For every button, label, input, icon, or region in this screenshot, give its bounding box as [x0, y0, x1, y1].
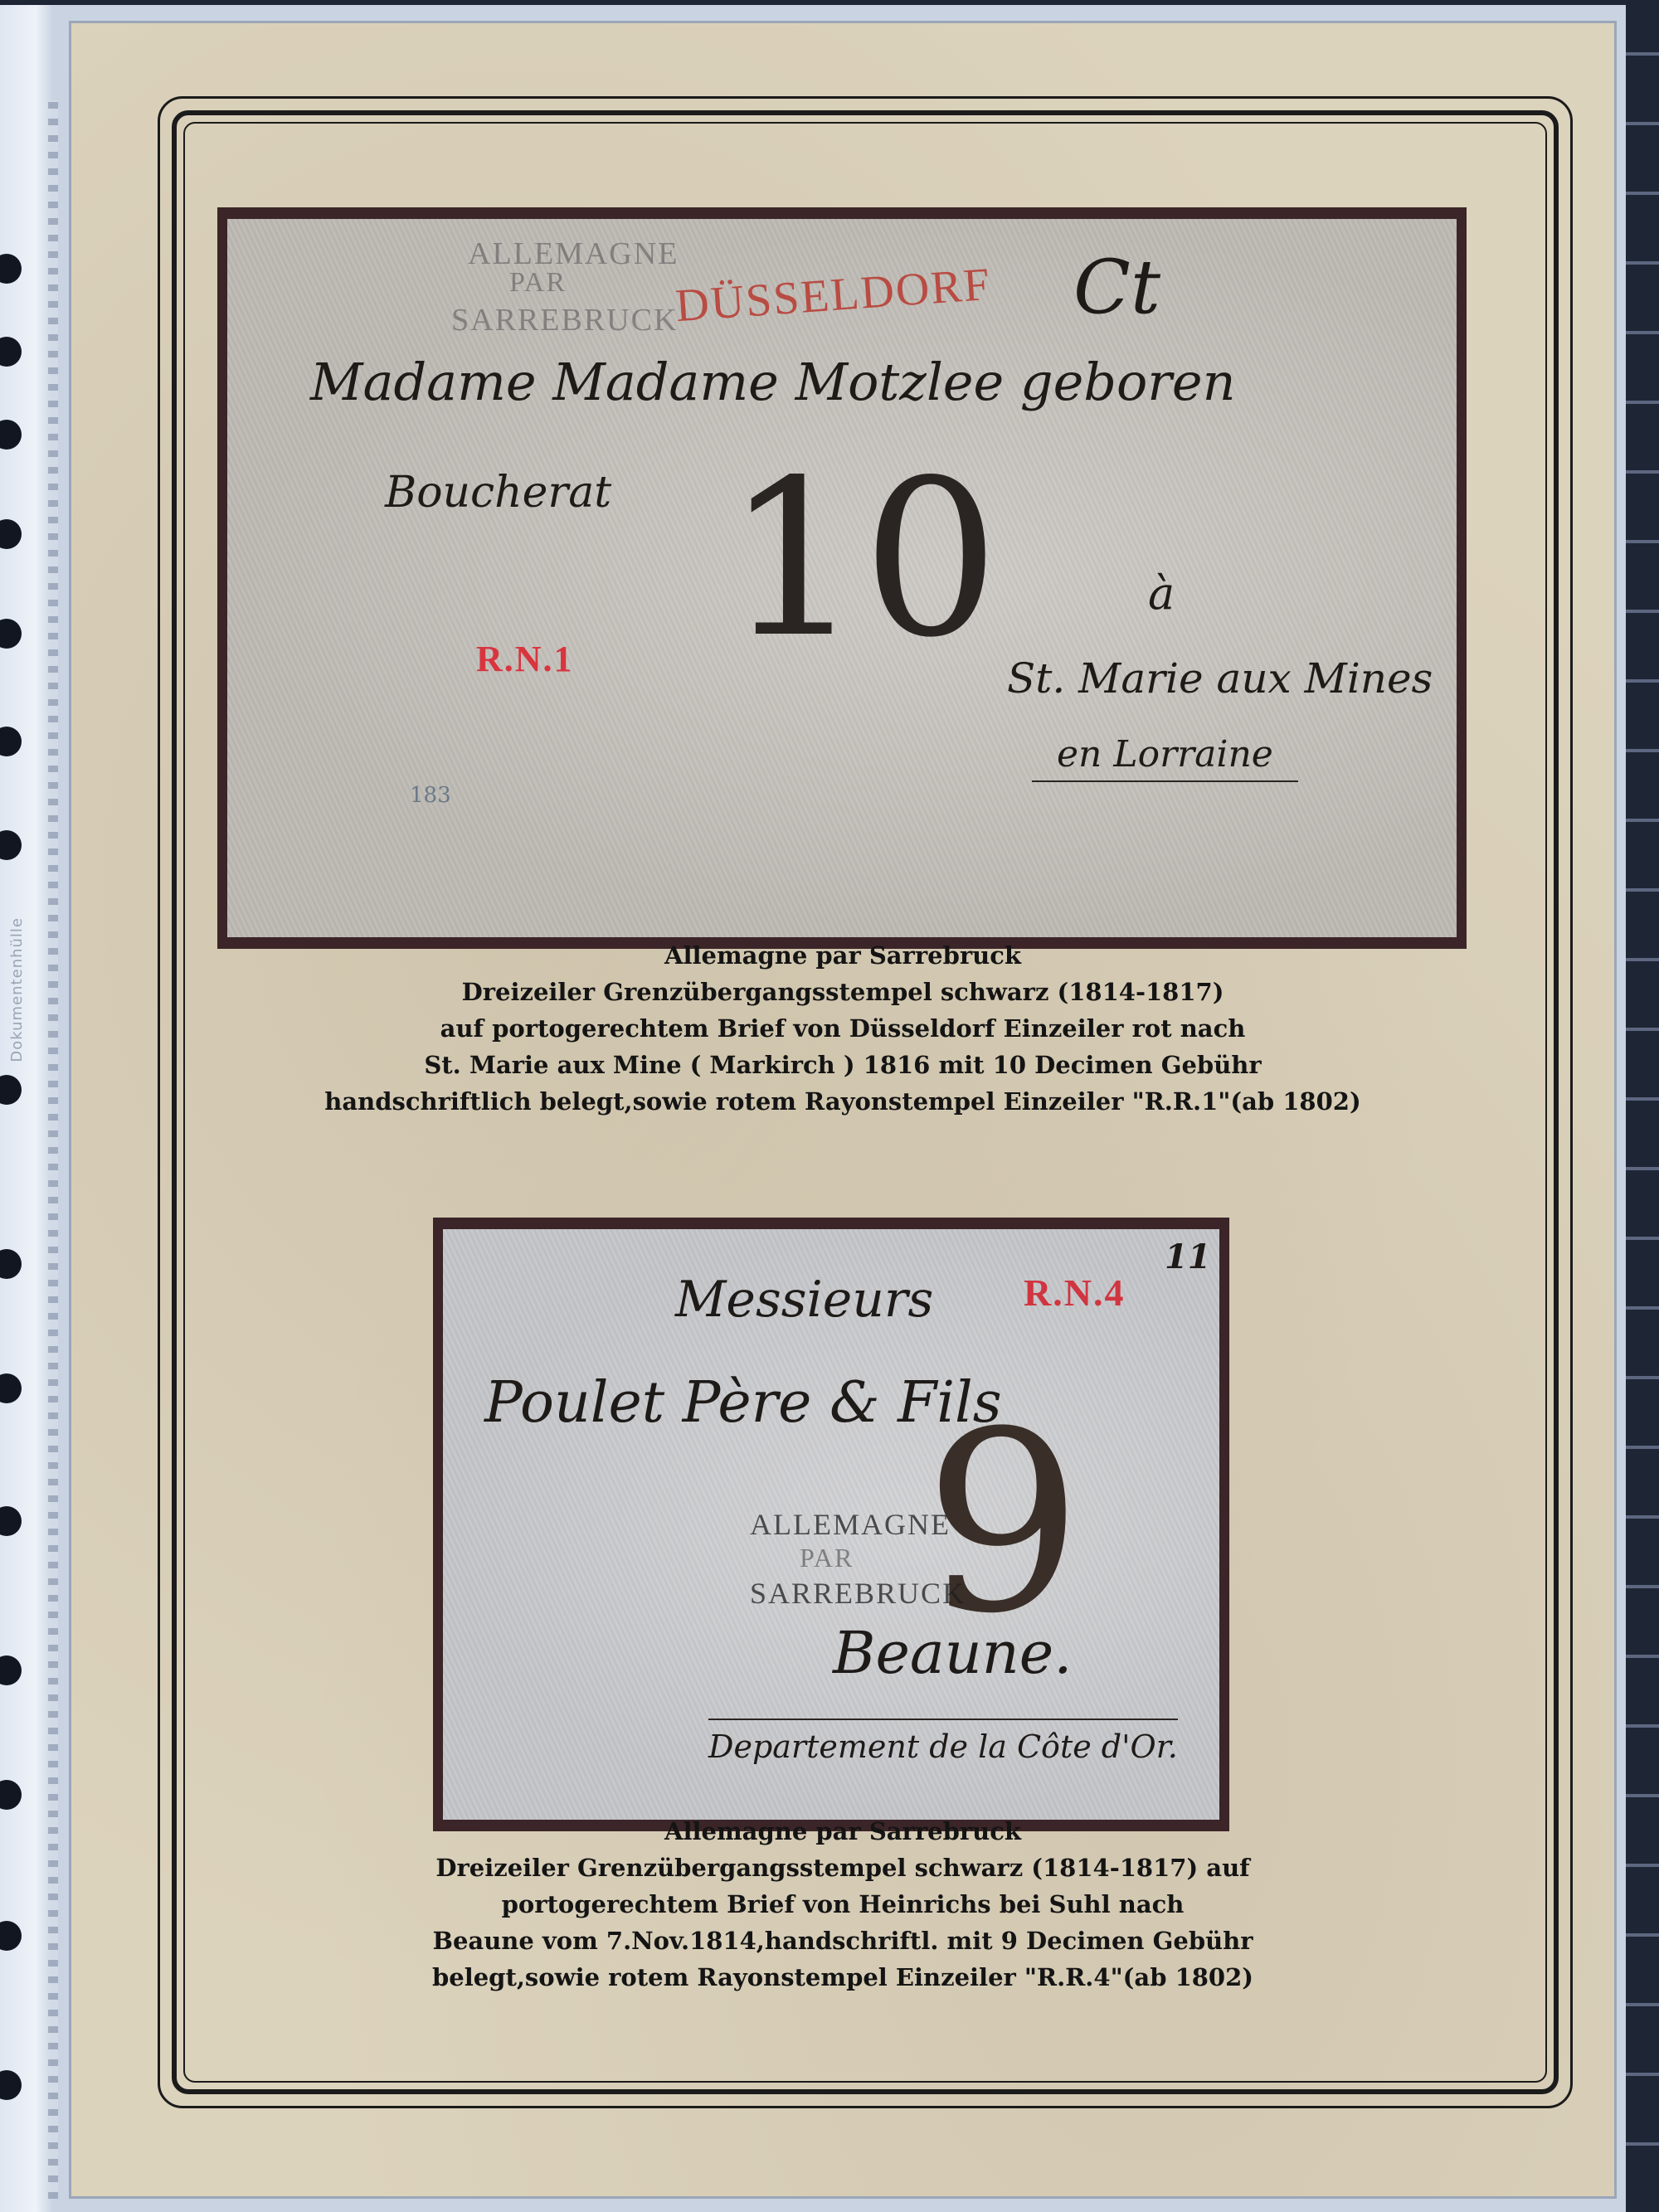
album-page: ALLEMAGNE PAR SARREBRUCK DÜSSELDORF Ct M…	[71, 23, 1614, 2196]
punch-hole	[0, 1075, 22, 1105]
punch-hole	[0, 1373, 22, 1403]
caption-1-line: handschriftlich belegt,sowie rotem Rayon…	[71, 1083, 1614, 1120]
punch-hole	[0, 1780, 22, 1810]
caption-2: Allemagne par Sarrebruck Dreizeiler Gren…	[71, 1813, 1614, 1996]
cover-2-mount: 11 R.N.4 Messieurs Poulet Père & Fils 9 …	[433, 1218, 1229, 1831]
punch-hole	[0, 337, 22, 367]
caption-2-line: Beaune vom 7.Nov.1814,handschriftl. mit …	[71, 1923, 1614, 1959]
caption-1: Allemagne par Sarrebruck Dreizeiler Gren…	[71, 937, 1614, 1120]
region: en Lorraine	[1032, 733, 1298, 782]
punch-hole	[0, 519, 22, 549]
caption-1-line: auf portogerechtem Brief von Düsseldorf …	[71, 1010, 1614, 1047]
address-line-1: Madame Madame Motzlee geboren	[310, 352, 1236, 412]
transit-stamp-line-3: SARREBRUCK	[451, 302, 678, 338]
caption-2-line: portogerechtem Brief von Heinrichs bei S…	[71, 1886, 1614, 1923]
sleeve-label: Dokumentenhülle	[8, 917, 26, 1062]
punch-hole	[0, 1249, 22, 1279]
punch-hole	[0, 254, 22, 284]
address-line-2: Boucherat	[385, 468, 611, 518]
to-mark: à	[1148, 567, 1175, 620]
transit-stamp-line-1: ALLEMAGNE	[750, 1507, 951, 1542]
caption-1-line: Dreizeiler Grenzübergangsstempel schwarz…	[71, 974, 1614, 1010]
punch-hole	[0, 420, 22, 450]
transit-stamp-line-2: PAR	[800, 1543, 854, 1573]
cover-1-mount: ALLEMAGNE PAR SARREBRUCK DÜSSELDORF Ct M…	[217, 207, 1467, 949]
caption-1-line: St. Marie aux Mine ( Markirch ) 1816 mit…	[71, 1047, 1614, 1083]
cover-1: ALLEMAGNE PAR SARREBRUCK DÜSSELDORF Ct M…	[227, 219, 1457, 937]
caption-2-line: belegt,sowie rotem Rayonstempel Einzeile…	[71, 1959, 1614, 1996]
department: Departement de la Côte d'Or.	[708, 1719, 1178, 1765]
transit-stamp-line-3: SARREBRUCK	[750, 1576, 966, 1611]
transit-stamp-line-1: ALLEMAGNE	[468, 236, 679, 272]
transit-stamp-line-2: PAR	[509, 267, 567, 299]
corner-mark: 11	[1165, 1237, 1211, 1276]
cover-2: 11 R.N.4 Messieurs Poulet Père & Fils 9 …	[443, 1229, 1219, 1820]
pencil-note: 183	[410, 783, 451, 808]
rayon-stamp: R.N.1	[476, 638, 574, 680]
caption-1-title: Allemagne par Sarrebruck	[71, 937, 1614, 974]
punch-hole	[0, 1921, 22, 1951]
salutation: Messieurs	[675, 1271, 933, 1329]
destination: St. Marie aux Mines	[1007, 654, 1433, 702]
caption-2-line: Dreizeiler Grenzübergangsstempel schwarz…	[71, 1850, 1614, 1886]
punch-hole	[0, 1506, 22, 1536]
corner-mark: Ct	[1073, 244, 1160, 331]
punch-hole	[0, 1655, 22, 1685]
sleeve-perforation	[48, 100, 58, 2199]
origin-stamp-dusseldorf: DÜSSELDORF	[674, 258, 993, 333]
punch-hole	[0, 2070, 22, 2100]
rate-mark: 10	[725, 435, 1000, 685]
destination: Beaune.	[833, 1619, 1072, 1687]
rayon-stamp: R.N.4	[1024, 1271, 1125, 1315]
punch-hole	[0, 727, 22, 756]
caption-2-title: Allemagne par Sarrebruck	[71, 1813, 1614, 1850]
sleeve-binding-strip: Dokumentenhülle	[0, 5, 51, 2212]
punch-hole	[0, 619, 22, 649]
punch-hole	[0, 830, 22, 860]
